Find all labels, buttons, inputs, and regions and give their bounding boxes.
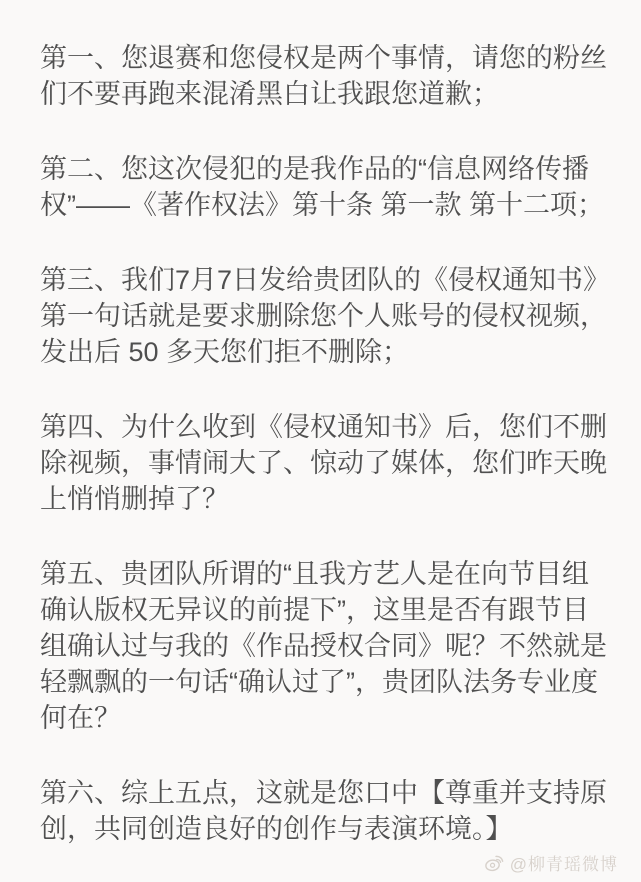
paragraph-point-3: 第三、我们7月7日发给贵团队的《侵权通知书》第一句话就是要求删除您个人账号的侵权… <box>40 262 612 370</box>
statement-text-block: 第一、您退赛和您侵权是两个事情，请您的粉丝们不要再跑来混淆黑白让我跟您道歉； 第… <box>40 40 612 847</box>
weibo-watermark: @柳青瑶微博 <box>484 850 618 875</box>
paragraph-point-1: 第一、您退赛和您侵权是两个事情，请您的粉丝们不要再跑来混淆黑白让我跟您道歉； <box>40 40 612 112</box>
statement-screenshot-page: 第一、您退赛和您侵权是两个事情，请您的粉丝们不要再跑来混淆黑白让我跟您道歉； 第… <box>0 0 641 882</box>
paragraph-point-5: 第五、贵团队所谓的“且我方艺人是在向节目组确认版权无异议的前提下”，这里是否有跟… <box>40 556 612 736</box>
paragraph-point-2: 第二、您这次侵犯的是我作品的“信息网络传播权”——《著作权法》第十条 第一款 第… <box>40 151 612 223</box>
watermark-handle: @柳青瑶微博 <box>510 850 618 875</box>
paragraph-point-6: 第六、综上五点，这就是您口中【尊重并支持原创，共同创造良好的创作与表演环境。】 <box>40 775 612 847</box>
paragraph-point-4: 第四、为什么收到《侵权通知书》后，您们不删除视频，事情闹大了、惊动了媒体，您们昨… <box>40 409 612 517</box>
weibo-logo-icon <box>483 852 506 874</box>
